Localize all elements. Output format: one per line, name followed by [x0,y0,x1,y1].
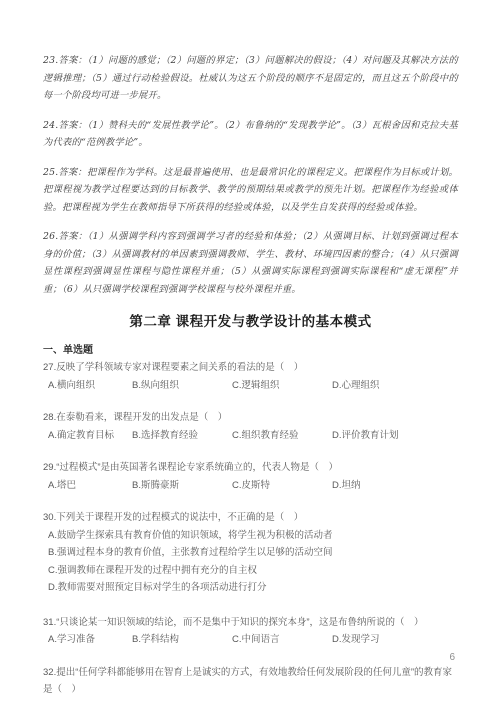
page-content: 23.答案：（1）问题的感觉；（2）问题的界定；（3）问题解决的假设；（4）对问… [0,0,500,699]
question-options: A.鼓励学生探索具有教育价值的知识领域，将学生视为积极的活动者 B.强调过程本身… [43,527,458,597]
page-number: 6 [449,652,455,663]
question-stem: 30.下列关于课程开发的过程模式的说法中，不正确的是（ ） [43,509,458,527]
section-label: 一、单选题 [43,341,458,356]
option-a: A.鼓励学生探索具有教育价值的知识领域，将学生视为积极的活动者 [48,527,458,545]
question-31: 31.“只谈论某一知识领域的结论，而不是集中于知识的探究本身”，这是布鲁纳所说的… [43,614,458,649]
option-d: D.心理组织 [332,377,458,395]
option-a: A.学习准备 [48,631,132,649]
option-b: B.纵向组织 [132,377,232,395]
option-c: C.强调教师在课程开发的过程中拥有充分的自主权 [48,562,458,580]
option-c: C.皮斯特 [232,477,332,495]
question-27: 27.反映了学科领域专家对课程要素之间关系的看法的是（ ） A.横向组织 B.纵… [43,359,458,394]
question-options: A.确定教育目标 B.选择教育经验 C.组织教育经验 D.评价教育计划 [43,427,458,445]
question-options: A.横向组织 B.纵向组织 C.逻辑组织 D.心理组织 [43,377,458,395]
option-a: A.确定教育目标 [48,427,132,445]
answer-paragraph-24: 24.答案：（1）赞科夫的“发展性教学论”。（2）布鲁纳的“发现教学论”。（3）… [43,117,458,152]
option-d: D.教师需要对照预定目标对学生的各项活动进行打分 [48,579,458,597]
answers-block: 23.答案：（1）问题的感觉；（2）问题的界定；（3）问题解决的假设；（4）对问… [43,52,458,298]
question-28: 28.在泰勒看来，课程开发的出发点是（ ） A.确定教育目标 B.选择教育经验 … [43,409,458,444]
question-stem: 32.提出“任何学科都能够用在智育上是诚实的方式，有效地教给任何发展阶段的任何儿… [43,664,458,699]
option-c: C.中间语言 [232,631,332,649]
option-a: A.横向组织 [48,377,132,395]
document-page: 23.答案：（1）问题的感觉；（2）问题的界定；（3）问题解决的假设；（4）对问… [0,0,500,707]
question-29: 29.“过程模式”是由英国著名课程论专家系统确立的，代表人物是（ ） A.塔巴 … [43,459,458,494]
question-stem: 28.在泰勒看来，课程开发的出发点是（ ） [43,409,458,427]
answer-paragraph-25: 25.答案：把课程作为学科。这是最普遍使用、也是最常识化的课程定义。把课程作为目… [43,164,458,217]
question-stem: 27.反映了学科领域专家对课程要素之间关系的看法的是（ ） [43,359,458,377]
option-b: B.选择教育经验 [132,427,232,445]
question-stem: 29.“过程模式”是由英国著名课程论专家系统确立的，代表人物是（ ） [43,459,458,477]
option-a: A.塔巴 [48,477,132,495]
question-options: A.塔巴 B.斯腾豪斯 C.皮斯特 D.坦纳 [43,477,458,495]
question-stem: 31.“只谈论某一知识领域的结论，而不是集中于知识的探究本身”，这是布鲁纳所说的… [43,614,458,632]
question-30: 30.下列关于课程开发的过程模式的说法中，不正确的是（ ） A.鼓励学生探索具有… [43,509,458,597]
option-c: C.组织教育经验 [232,427,332,445]
chapter-title: 第二章 课程开发与教学设计的基本模式 [43,310,458,330]
option-b: B.学科结构 [132,631,232,649]
option-d: D.发现学习 [332,631,458,649]
option-b: B.斯腾豪斯 [132,477,232,495]
answer-paragraph-26: 26.答案：（1）从强调学科内容到强调学习者的经验和体验；（2）从强调目标、计划… [43,228,458,298]
option-d: D.评价教育计划 [332,427,458,445]
question-options: A.学习准备 B.学科结构 C.中间语言 D.发现学习 [43,631,458,649]
question-32: 32.提出“任何学科都能够用在智育上是诚实的方式，有效地教给任何发展阶段的任何儿… [43,664,458,699]
option-b: B.强调过程本身的教育价值，主张教育过程给学生以足够的活动空间 [48,544,458,562]
answer-paragraph-23: 23.答案：（1）问题的感觉；（2）问题的界定；（3）问题解决的假设；（4）对问… [43,52,458,105]
option-c: C.逻辑组织 [232,377,332,395]
option-d: D.坦纳 [332,477,458,495]
